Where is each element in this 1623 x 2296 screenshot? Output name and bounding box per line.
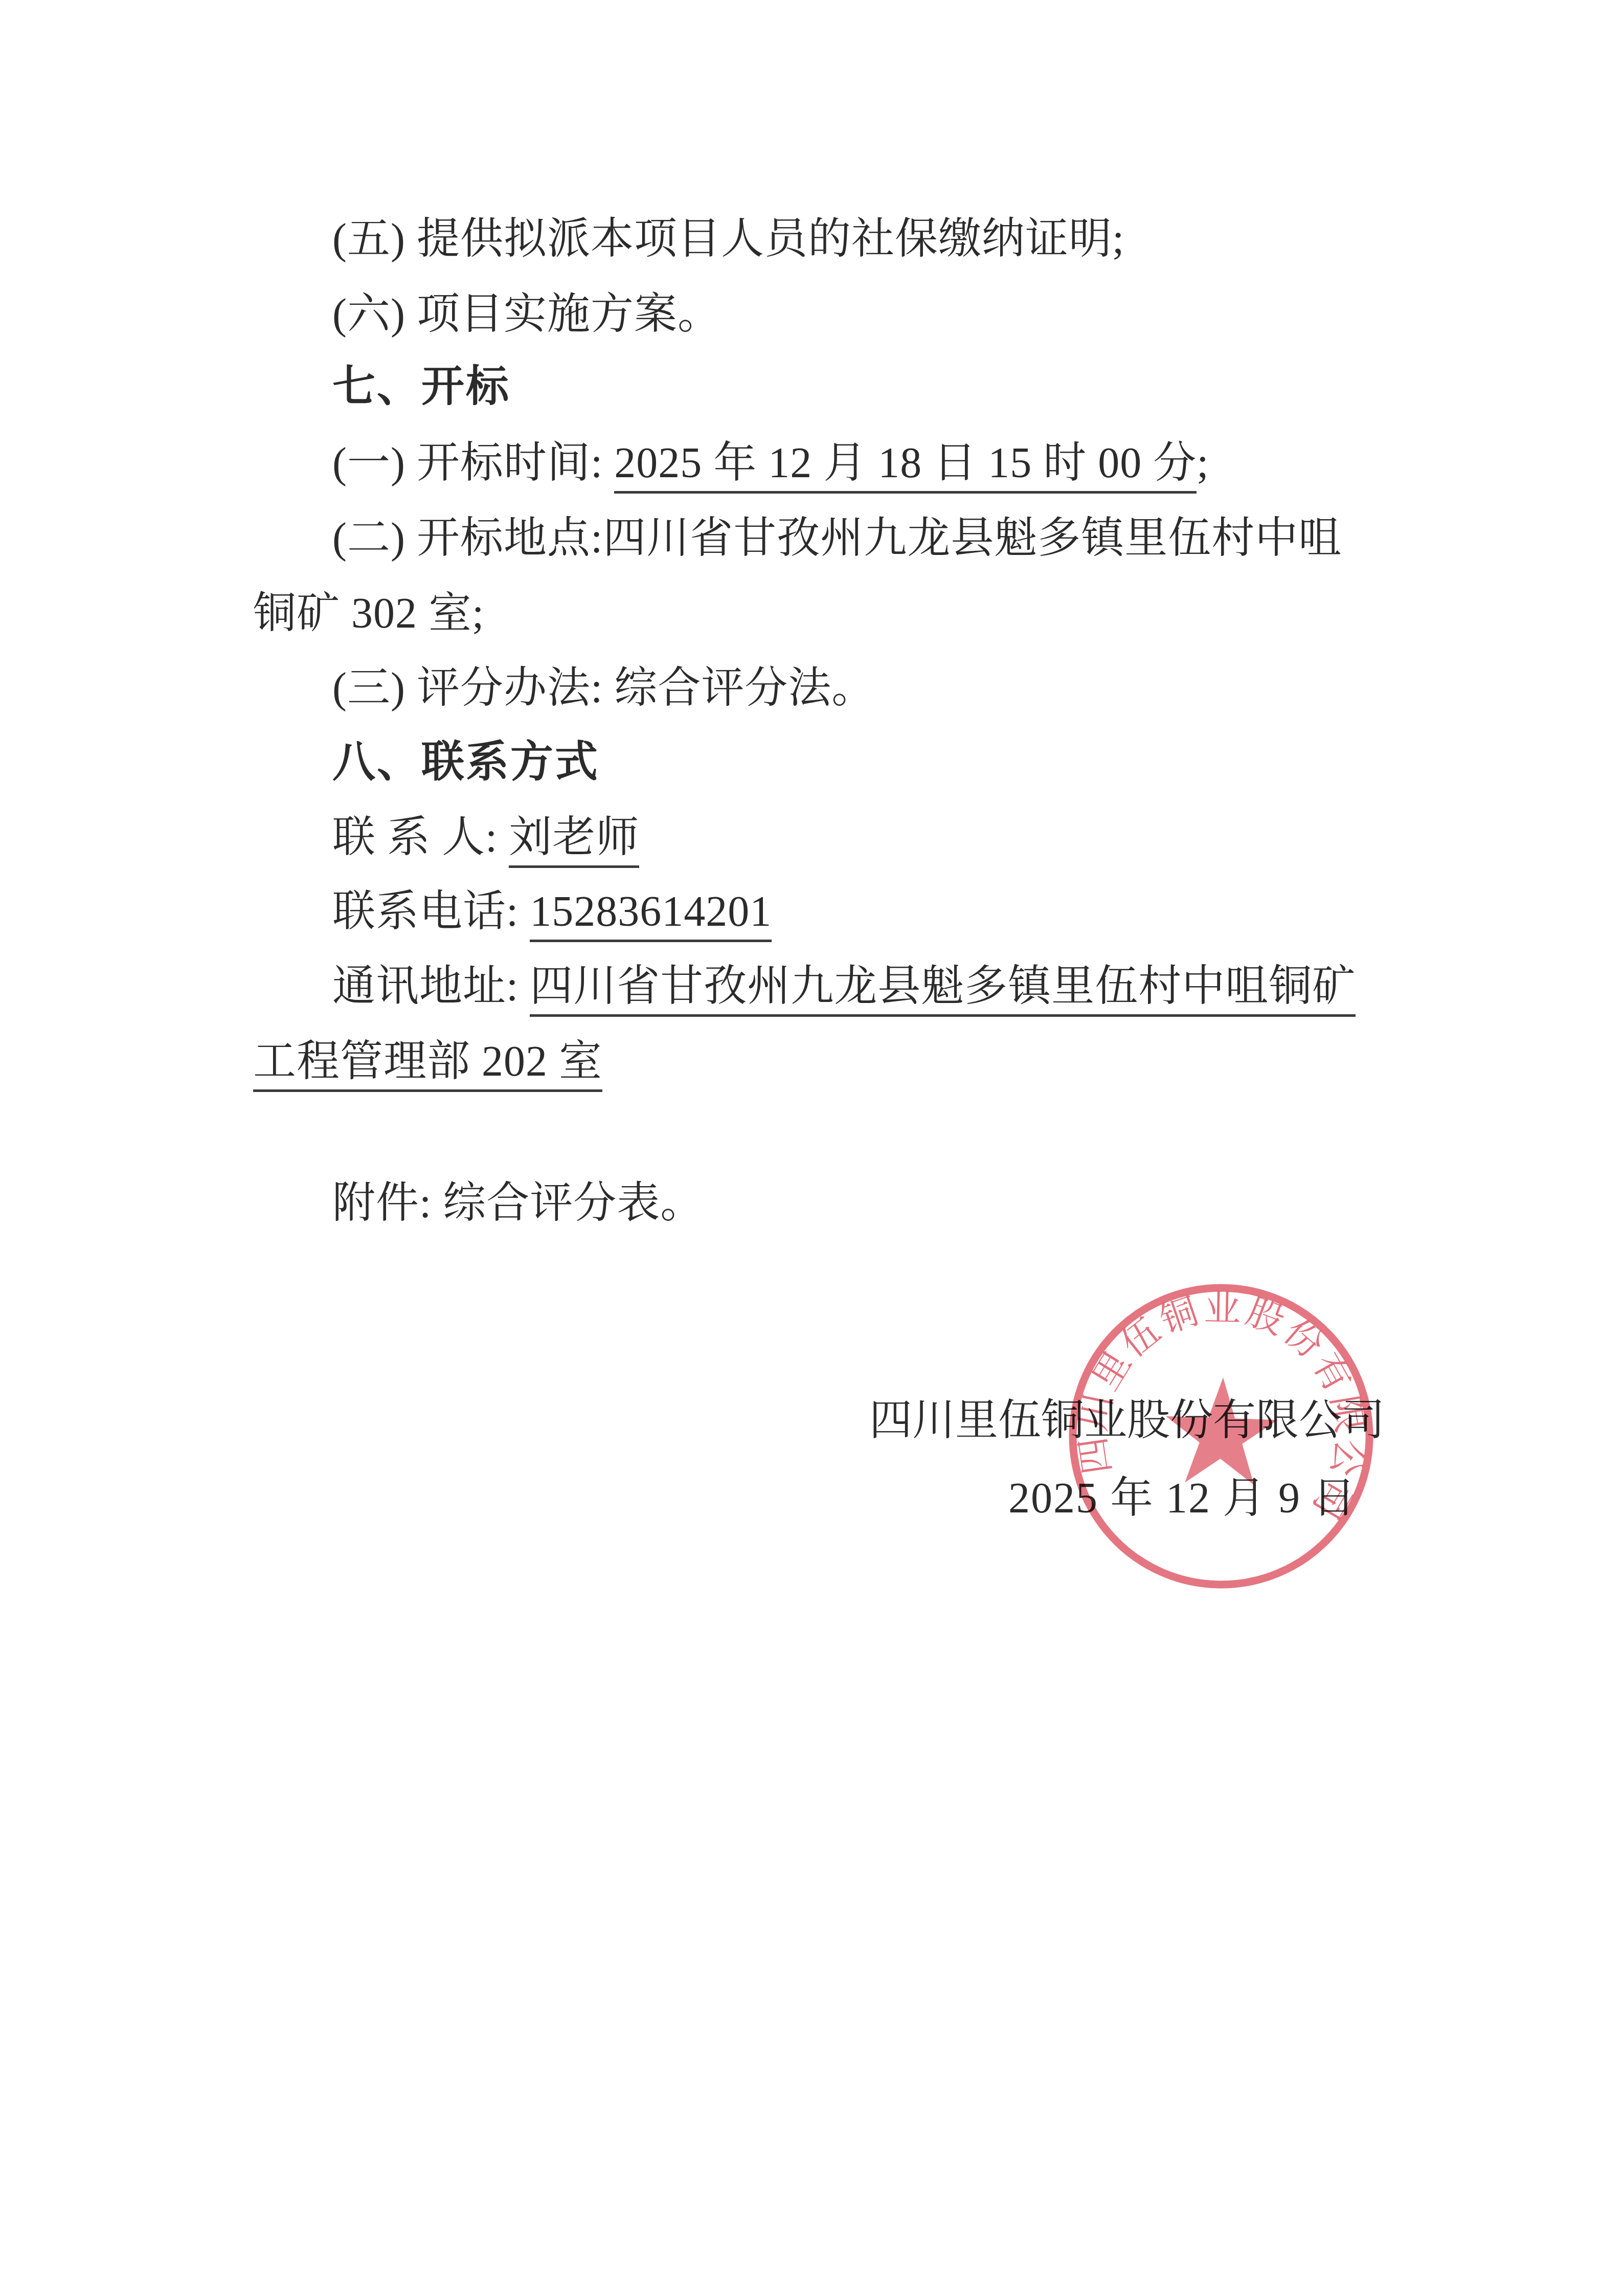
section-7-heading: 七、开标 [332,360,510,414]
company-seal-stamp: 四川里伍铜业股份有限公司 [1036,1251,1406,1621]
bid-time-label: (一) 开标时间: [332,439,614,487]
contact-person-label: 联 系 人: [332,814,509,861]
contact-phone-label: 联系电话: [332,888,530,935]
address-line-1: 通讯地址: 四川省甘孜州九龙县魁多镇里伍村中咀铜矿 [332,960,1356,1013]
bid-time-value: 2025 年 12 月 18 日 15 时 00 分 [614,439,1197,494]
contact-phone-value: 15283614201 [530,888,772,942]
address-label: 通讯地址: [332,963,530,1010]
scoring-method-line: (三) 评分办法: 综合评分法。 [332,661,875,715]
clause-5: (五) 提供拟派本项目人员的社保缴纳证明; [332,212,1124,266]
clause-6: (六) 项目实施方案。 [332,287,721,341]
document-page: (五) 提供拟派本项目人员的社保缴纳证明; (六) 项目实施方案。 七、开标 (… [0,0,1623,2296]
address-value-line-2: 工程管理部 202 室 [253,1038,602,1092]
bid-time-line: (一) 开标时间: 2025 年 12 月 18 日 15 时 00 分; [332,436,1209,490]
bid-time-suffix: ; [1197,439,1209,487]
bid-place-line-1: (二) 开标地点:四川省甘孜州九龙县魁多镇里伍村中咀 [332,511,1342,565]
contact-phone-line: 联系电话: 15283614201 [332,885,772,939]
seal-star-icon [1163,1375,1279,1486]
attachment-note: 附件: 综合评分表。 [332,1176,704,1230]
contact-person-value: 刘老师 [509,814,639,868]
bid-place-line-2: 铜矿 302 室; [253,587,484,640]
contact-person-line: 联 系 人: 刘老师 [332,811,639,864]
address-value-line-1: 四川省甘孜州九龙县魁多镇里伍村中咀铜矿 [530,963,1356,1017]
address-line-2: 工程管理部 202 室 [253,1035,602,1088]
section-8-heading: 八、联系方式 [332,735,599,789]
